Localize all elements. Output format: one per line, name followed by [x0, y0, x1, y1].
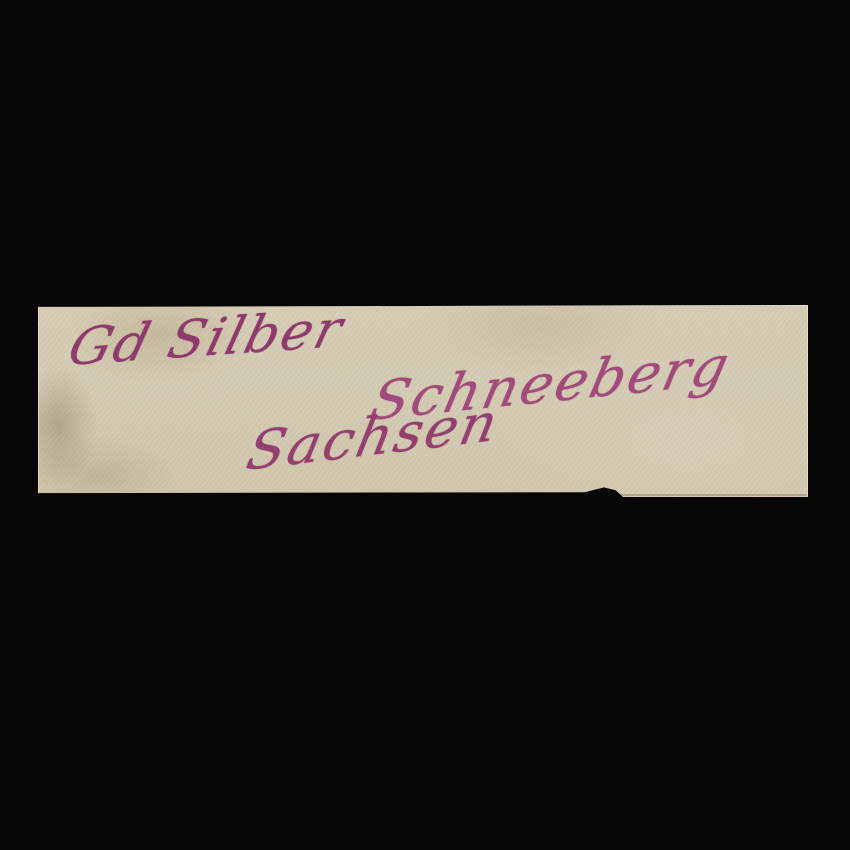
photo-stage: Gd Silber Schneeberg Sachsen [0, 0, 850, 850]
